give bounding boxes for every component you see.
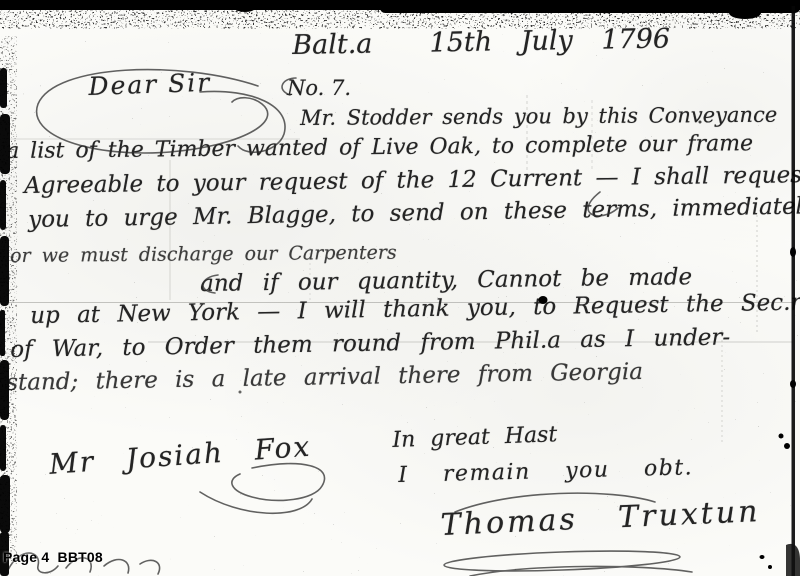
scanned-letter-page: Balt.a 15th July 1796 No. 7. Dear Sir Mr… <box>0 0 800 576</box>
left-edge-artifact <box>0 60 16 576</box>
body-line: or we must discharge our Carpenters <box>10 242 397 267</box>
page-number-label: Page 4 BBT08 <box>3 549 103 565</box>
letter-place-date: Balt.a 15th July 1796 <box>292 23 670 61</box>
body-line: Agreeable to your request of the 12 Curr… <box>24 162 800 199</box>
body-line: Mr. Stodder sends you by this Conveyance <box>300 103 777 130</box>
letter-number: No. 7. <box>287 76 351 100</box>
body-line: up at New York — I will thank you, to Re… <box>30 289 800 329</box>
body-line: you to urge Mr. Blagge, to send on these… <box>28 193 800 233</box>
closing-line: I remain you obt. <box>398 455 693 488</box>
top-edge-artifact <box>0 0 800 27</box>
salutation: Dear Sir <box>88 68 212 101</box>
body-line: of War, to Order them round from Phil.a … <box>10 324 730 363</box>
body-line: stand; there is a late arrival there fro… <box>6 359 643 396</box>
body-line: a list of the Timber wanted of Live Oak,… <box>6 131 753 164</box>
addressee-name: Mr Josiah Fox <box>48 430 312 481</box>
closing-line: In great Hast <box>392 422 558 453</box>
signature: Thomas Truxtun <box>440 494 761 543</box>
